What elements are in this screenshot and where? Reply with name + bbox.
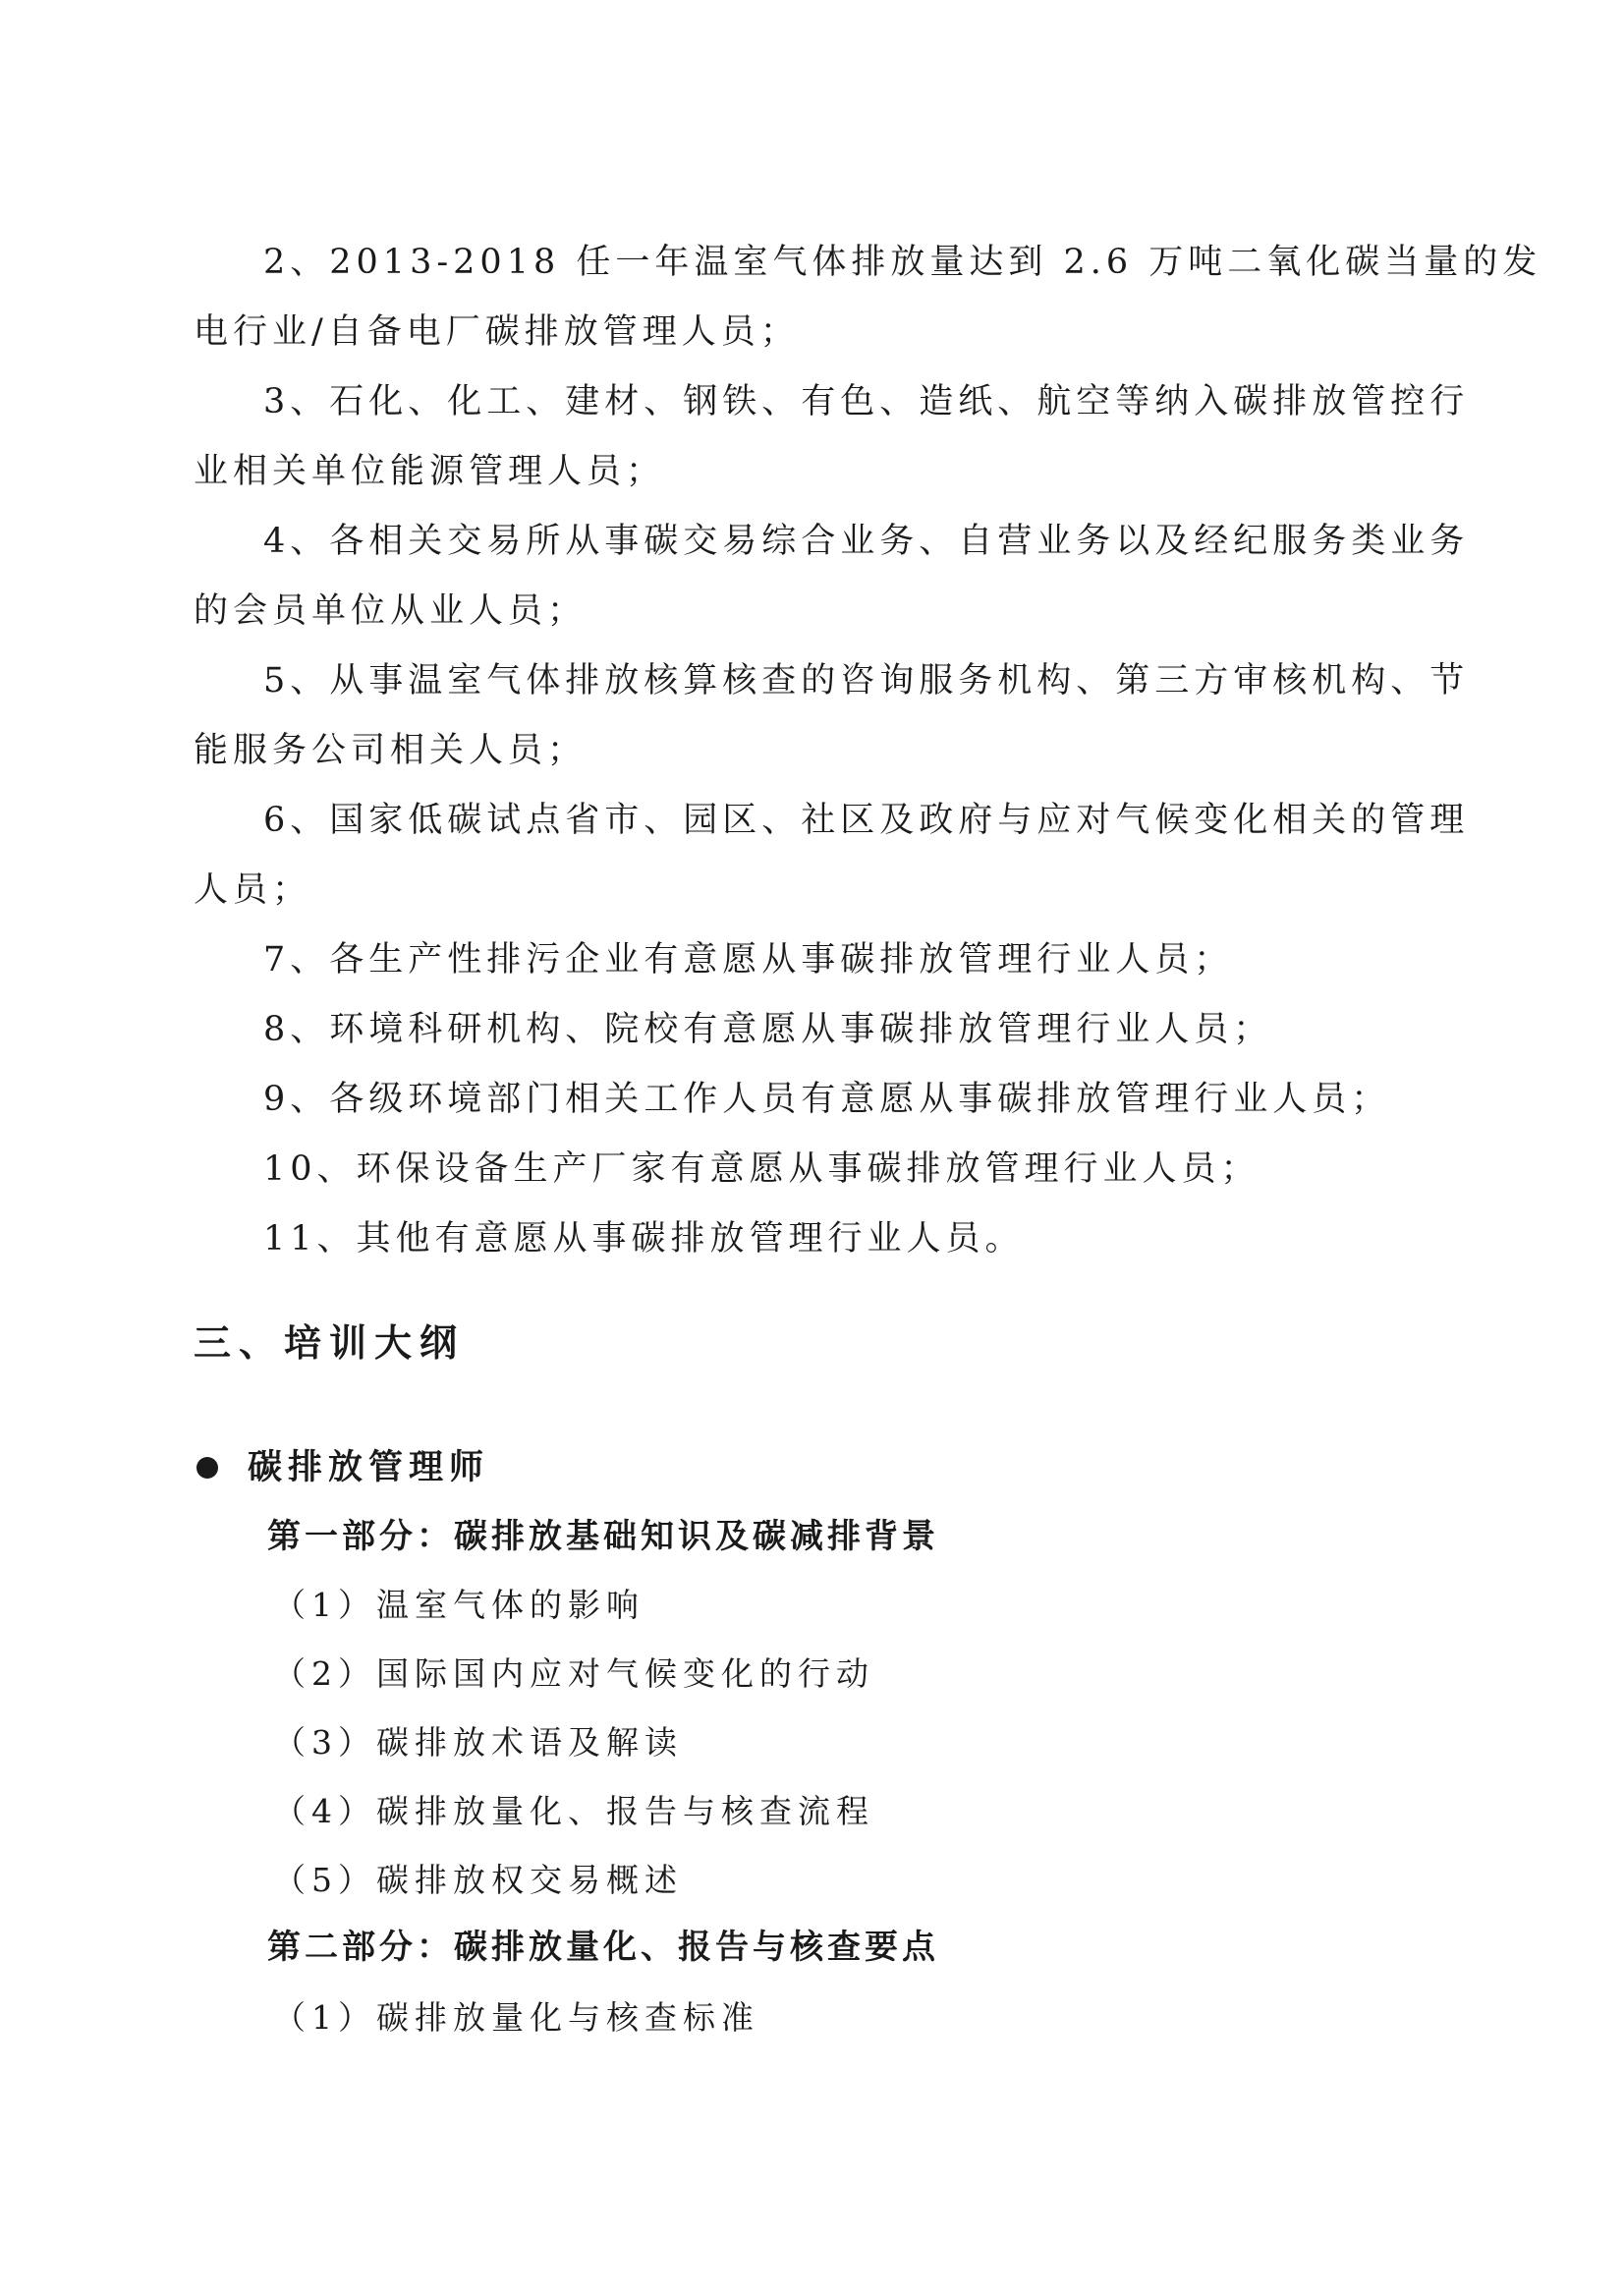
part-1-item-1: （1）温室气体的影响 — [273, 1586, 644, 1625]
eligibility-item-2-line1: 2、2013-2018 任一年温室气体排放量达到 2.6 万吨二氧化碳当量的发 — [263, 243, 1541, 282]
part-2-title: 第二部分：碳排放量化、报告与核查要点 — [267, 1928, 939, 1967]
eligibility-item-6-line2: 人员； — [194, 870, 311, 910]
eligibility-item-8: 8、环境科研机构、院校有意愿从事碳排放管理行业人员； — [263, 1010, 1272, 1049]
part-1-item-2: （2）国际国内应对气候变化的行动 — [273, 1654, 874, 1694]
part-1-title: 第一部分：碳排放基础知识及碳减排背景 — [267, 1517, 939, 1556]
eligibility-item-4-line2: 的会员单位从业人员； — [194, 591, 587, 631]
eligibility-item-11: 11、其他有意愿从事碳排放管理行业人员。 — [263, 1219, 1025, 1259]
part-1-item-3: （3）碳排放术语及解读 — [273, 1723, 683, 1763]
eligibility-item-9: 9、各级环境部门相关工作人员有意愿从事碳排放管理行业人员； — [263, 1080, 1390, 1119]
eligibility-item-4-line1: 4、各相关交易所从事碳交易综合业务、自营业务以及经纪服务类业务 — [263, 522, 1469, 561]
eligibility-item-5-line2: 能服务公司相关人员； — [194, 731, 587, 770]
eligibility-item-5-line1: 5、从事温室气体排放核算核查的咨询服务机构、第三方审核机构、节 — [263, 661, 1469, 700]
eligibility-item-3-line1: 3、石化、化工、建材、钢铁、有色、造纸、航空等纳入碳排放管控行 — [263, 382, 1469, 421]
part-1-item-5: （5）碳排放权交易概述 — [273, 1861, 683, 1900]
eligibility-item-2-line2: 电行业/自备电厂碳排放管理人员； — [194, 312, 800, 352]
eligibility-item-6-line1: 6、国家低碳试点省市、园区、社区及政府与应对气候变化相关的管理 — [263, 801, 1469, 840]
eligibility-item-3-line2: 业相关单位能源管理人员； — [194, 452, 665, 491]
section-heading-training-outline: 三、培训大纲 — [194, 1321, 465, 1365]
eligibility-item-7: 7、各生产性排污企业有意愿从事碳排放管理行业人员； — [263, 940, 1233, 980]
document-page: 2、2013-2018 任一年温室气体排放量达到 2.6 万吨二氧化碳当量的发 … — [0, 0, 1624, 2295]
course-title: 碳排放管理师 — [248, 1448, 489, 1487]
part-2-item-1: （1）碳排放量化与核查标准 — [273, 1998, 759, 2038]
part-1-item-4: （4）碳排放量化、报告与核查流程 — [273, 1792, 874, 1831]
eligibility-item-10: 10、环保设备生产厂家有意愿从事碳排放管理行业人员； — [263, 1149, 1260, 1189]
bullet-icon — [196, 1457, 218, 1479]
